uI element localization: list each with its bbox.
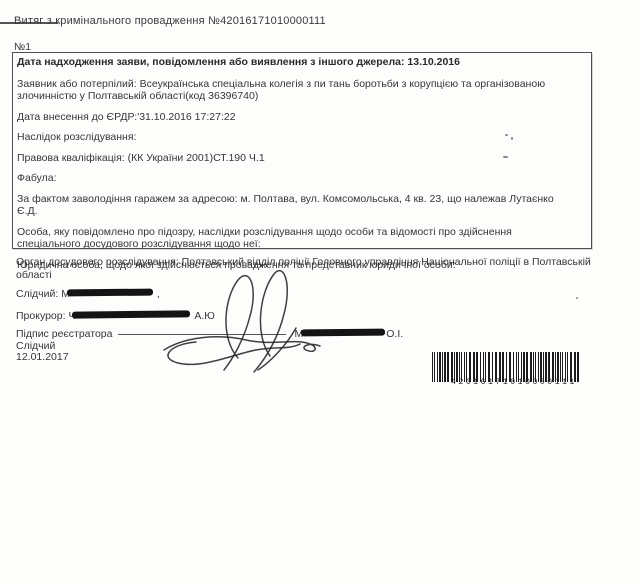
table-row-legal-qualification: Правова кваліфікація: (КК України 2001)С…: [17, 152, 565, 165]
sign-date: 12.01.2017: [16, 351, 69, 364]
investigator-label: Слідчий:: [16, 288, 61, 300]
investigator-line: Слідчий: М ,: [16, 288, 160, 301]
barcode-number: 42016171010000111: [432, 378, 596, 387]
barcode-bar: [442, 352, 443, 382]
table-row-intake-date: Дата надходження заяви, повідомлення або…: [17, 56, 565, 69]
signature-underline: [118, 334, 286, 335]
registrar-redaction-bar: [301, 329, 385, 337]
table-row-fabula-text: За фактом заволодіння гаражем за адресою…: [17, 193, 565, 218]
barcode-bar: [447, 352, 449, 382]
scan-artifact: [503, 156, 508, 158]
table-row-suspect-info: Особа, яку повідомлено про підозру, насл…: [17, 226, 565, 251]
document-title: Витяг з кримінального провадження №42016…: [14, 15, 326, 27]
barcode-bar: [434, 352, 435, 382]
table-row-applicant: Заявник або потерпілий: Всеукраїнська сп…: [17, 78, 565, 103]
prosecutor-line: Прокурор: Ч А.Ю: [16, 310, 215, 323]
barcode-bar: [439, 352, 441, 382]
table-row-erdr-date: Дата внесення до ЄРДР:'31.10.2016 17:27:…: [17, 111, 565, 124]
investigation-authority: Орган досудового розслідування: Полтавсь…: [16, 256, 591, 281]
barcode-bar: [577, 352, 579, 382]
scan-artifact: [576, 297, 578, 299]
barcode-bar: [444, 352, 446, 382]
table-row-fabula-label: Фабула:: [17, 172, 565, 185]
prosecutor-label: Прокурор:: [16, 310, 68, 322]
prosecutor-redaction-bar: [72, 310, 190, 318]
investigator-redaction-bar: [67, 289, 153, 297]
barcode-bar: [437, 352, 438, 382]
scan-artifact: [505, 134, 508, 136]
barcode: 42016171010000111: [432, 352, 596, 387]
registrar-signature-line: Підпис реєстратораМО.І.: [16, 328, 403, 341]
table-row-investigation-result: Наслідок розслідування:: [17, 131, 565, 144]
registrar-suffix: О.І.: [386, 328, 403, 340]
prosecutor-suffix: А.Ю: [191, 310, 214, 322]
scanned-document-page: Витяг з кримінального провадження №42016…: [0, 0, 640, 584]
investigator-suffix: ,: [154, 288, 160, 300]
registrar-sign-label: Підпис реєстратора: [16, 328, 112, 340]
barcode-bar: [432, 352, 433, 382]
case-details-table: Дата надходження заяви, повідомлення або…: [12, 52, 592, 249]
scan-artifact: [511, 137, 513, 140]
